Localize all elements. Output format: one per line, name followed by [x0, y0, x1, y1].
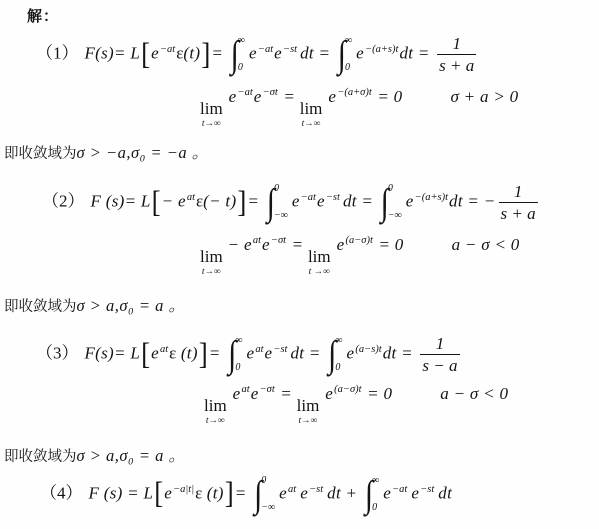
math-ibot: 0: [335, 363, 342, 373]
math-int: ∫: [338, 36, 346, 74]
math-ltop: lim: [200, 248, 223, 265]
math-tok: e: [411, 483, 419, 502]
math-limw: limt→∞: [200, 100, 223, 130]
math-itop: ∞: [372, 476, 379, 486]
math-num: 1: [499, 181, 538, 203]
math-tok: e: [356, 44, 364, 63]
convergence-region-math: σ > a,σ₀ = a 。: [77, 296, 186, 315]
math-tok: =: [304, 344, 325, 363]
math-den: s + a: [437, 55, 476, 76]
math-ltop: lim: [204, 397, 227, 414]
math-sup: −a|t|: [173, 484, 194, 495]
math-up: （3）: [36, 344, 79, 363]
math-itop: 0: [261, 476, 275, 486]
math-tok: e: [279, 483, 287, 502]
convergence-region-label: 即收敛域为: [4, 449, 77, 465]
math-big: [: [141, 40, 150, 67]
math-ltop: lim: [200, 100, 223, 117]
math-tok: e: [151, 344, 159, 363]
math-tok: F (s)= L: [91, 192, 151, 211]
math-tok: e: [328, 87, 336, 106]
math-intw: ∫∞0: [228, 336, 245, 373]
math-tok: F(s)= L: [85, 344, 141, 363]
math-big: [: [154, 480, 163, 507]
math-tok: e: [262, 235, 270, 254]
math-sup: −at: [238, 87, 253, 98]
math-big: ]: [201, 40, 210, 67]
math-tok: (t): [183, 44, 200, 63]
math-limw: limt→∞: [300, 100, 323, 130]
math-itop: 0: [388, 184, 402, 194]
math-tok: e: [337, 235, 345, 254]
math-frac: 1s − a: [420, 333, 459, 377]
math-ibot: 0: [238, 63, 245, 73]
math-ibot: −∞: [388, 211, 402, 221]
math-intw: ∫0−∞: [267, 184, 291, 221]
math-tok: = 0: [363, 384, 393, 403]
math-up: （1）: [36, 44, 79, 63]
math-sup: −(a+s)t: [415, 192, 448, 203]
math-tok: = 0: [373, 87, 403, 106]
math-intw: ∫∞0: [338, 36, 355, 73]
math-sup: (a−σ)t: [345, 235, 372, 246]
math-tok: e: [164, 483, 172, 502]
math-lbot: t →∞: [309, 268, 330, 278]
math-num: 1: [437, 33, 476, 55]
math-tok: (− t): [203, 192, 236, 211]
math-limw: limt→∞: [200, 248, 223, 278]
math-tok: e: [317, 192, 325, 211]
math-ibot: −∞: [261, 503, 275, 513]
math-big: [: [141, 340, 150, 367]
math-den: s + a: [499, 203, 538, 224]
math-int: ∫: [231, 36, 239, 74]
math-tok: dt: [343, 192, 357, 211]
math-limw: limt→∞: [204, 397, 227, 427]
math-tok: =: [314, 44, 335, 63]
math-sup: −st: [283, 44, 297, 55]
math-sup: (a−s)t: [355, 344, 381, 355]
math-tok: dt: [290, 344, 304, 363]
math-sup: (a−σ)t: [334, 384, 361, 395]
math-tok: − e: [228, 235, 252, 254]
math-sup: −σt: [260, 384, 275, 395]
math-int: ∫: [254, 476, 262, 514]
math-tok: e: [233, 384, 241, 403]
math-sup: −at: [258, 44, 273, 55]
math-ilims: 0−∞: [274, 184, 288, 221]
math-tok: e: [151, 44, 159, 63]
math-frac: 1s + a: [499, 181, 538, 225]
math-sup: at: [242, 384, 250, 395]
convergence-region-math: σ > a,σ₀ = a 。: [77, 446, 186, 465]
math-ilims: ∞0: [372, 476, 379, 513]
math-big: ]: [237, 188, 246, 215]
math-tok: − e: [162, 192, 186, 211]
equation-3-main: （3）F(s)= L[eatε (t)]= ∫∞0eate−stdt = ∫∞0…: [36, 333, 463, 377]
math-tok: = 0: [374, 235, 404, 254]
math-den: s − a: [420, 355, 459, 376]
math-tok: a − σ < 0: [452, 235, 520, 254]
math-sup: at: [288, 484, 296, 495]
math-tok: (t): [176, 344, 198, 363]
equation-1-limit: limt→∞e−ate−σt = limt→∞e−(a+σ)t = 0σ + a…: [200, 88, 518, 130]
convergence-region-label: 即收敛域为: [4, 299, 77, 315]
convergence-region-math: σ > −a,σ₀ = −a 。: [77, 143, 209, 162]
math-big: ]: [199, 340, 208, 367]
math-limw: limt→∞: [297, 397, 320, 427]
solution-label: 解：: [27, 5, 59, 26]
math-frac: 1s + a: [437, 33, 476, 77]
math-int: ∫: [381, 184, 389, 222]
math-tok: dt: [327, 483, 341, 502]
math-tok: =: [235, 483, 251, 502]
math-sup: −at: [160, 44, 175, 55]
math-intw: ∫∞0: [328, 336, 345, 373]
math-ibot: −∞: [274, 211, 288, 221]
convergence-region-2: 即收敛域为σ > a,σ₀ = a 。: [4, 292, 186, 316]
convergence-region-label: 即收敛域为: [4, 146, 77, 162]
math-up: （2）: [42, 192, 85, 211]
math-itop: ∞: [345, 36, 352, 46]
math-sup: at: [187, 192, 195, 203]
math-ltop: lim: [297, 397, 320, 414]
math-tok: e: [265, 344, 273, 363]
math-tok: =: [287, 235, 308, 254]
math-tok: =: [413, 44, 434, 63]
math-big: ]: [225, 480, 234, 507]
math-tok: e: [254, 87, 262, 106]
math-intw: ∫0−∞: [381, 184, 405, 221]
math-sup: −σt: [263, 87, 278, 98]
math-tok: =: [397, 344, 418, 363]
math-tok: dt: [300, 44, 314, 63]
math-intw: ∫∞0: [365, 476, 382, 513]
math-tok: e: [347, 344, 355, 363]
math-lbot: t→∞: [202, 120, 221, 130]
convergence-region-1: 即收敛域为σ > −a,σ₀ = −a 。: [4, 139, 209, 163]
math-tok: =: [276, 384, 297, 403]
math-sup: −st: [420, 484, 434, 495]
math-tok: e: [406, 192, 414, 211]
math-up: （4）: [40, 483, 83, 502]
convergence-region-3: 即收敛域为σ > a,σ₀ = a 。: [4, 442, 186, 466]
math-sup: at: [253, 235, 261, 246]
math-ibot: 0: [345, 63, 352, 73]
math-tok: e: [249, 44, 257, 63]
math-ibot: 0: [235, 363, 242, 373]
math-ilims: ∞0: [345, 36, 352, 73]
math-tok: e: [246, 344, 254, 363]
math-intw: ∫∞0: [231, 36, 248, 73]
math-ilims: ∞0: [235, 336, 242, 373]
math-ltop: lim: [300, 100, 323, 117]
math-num: 1: [420, 333, 459, 355]
math-itop: ∞: [238, 36, 245, 46]
math-lbot: t→∞: [299, 417, 318, 427]
math-int: ∫: [228, 336, 236, 374]
math-tok: =: [209, 344, 225, 363]
math-tok: =: [247, 192, 263, 211]
math-tok: dt: [438, 483, 452, 502]
math-tok: = −: [463, 192, 496, 211]
math-int: ∫: [328, 336, 336, 374]
math-itop: 0: [274, 184, 288, 194]
equation-2-limit: limt→∞− eate−σt = limt →∞e(a−σ)t = 0a − …: [200, 236, 520, 278]
math-sup: −(a+s)t: [365, 44, 398, 55]
math-tok: σ + a > 0: [450, 87, 518, 106]
math-int: ∫: [365, 476, 373, 514]
equation-2-main: （2）F (s)= L[− eatε(− t)]= ∫0−∞e−ate−stdt…: [42, 181, 541, 225]
math-lbot: t→∞: [206, 417, 225, 427]
math-big: [: [152, 188, 161, 215]
math-sup: −st: [273, 344, 287, 355]
math-sup: −st: [326, 192, 340, 203]
math-tok: dt: [399, 44, 413, 63]
math-tok: a − σ < 0: [440, 384, 508, 403]
math-itop: ∞: [335, 336, 342, 346]
math-tok: e: [300, 483, 308, 502]
math-sup: −at: [392, 484, 407, 495]
math-tok: =: [357, 192, 378, 211]
solution-document: 解： （1）F(s)= L[e−atε(t)]= ∫∞0e−ate−stdt =…: [0, 0, 599, 529]
math-lbot: t→∞: [202, 268, 221, 278]
math-ltop: lim: [308, 248, 331, 265]
math-tok: e: [251, 384, 259, 403]
math-lbot: t→∞: [302, 120, 321, 130]
math-tok: dt: [383, 344, 397, 363]
math-tok: e: [229, 87, 237, 106]
math-tok: +: [341, 483, 362, 502]
math-ilims: ∞0: [335, 336, 342, 373]
math-tok: =: [279, 87, 300, 106]
math-tok: e: [325, 384, 333, 403]
math-ilims: ∞0: [238, 36, 245, 73]
math-tok: (t): [202, 483, 224, 502]
equation-1-main: （1）F(s)= L[e−atε(t)]= ∫∞0e−ate−stdt = ∫∞…: [36, 33, 479, 77]
math-sup: at: [255, 344, 263, 355]
math-sup: at: [160, 344, 168, 355]
math-tok: F(s)= L: [85, 44, 141, 63]
math-tok: =: [211, 44, 227, 63]
equation-4-main: （4）F (s) = L[e−a|t|ε (t)]= ∫0−∞eate−stdt…: [40, 476, 452, 513]
equation-3-limit: limt→∞eate−σt = limt→∞e(a−σ)t = 0a − σ <…: [204, 385, 508, 427]
math-sup: −σt: [271, 235, 286, 246]
math-tok: e: [292, 192, 300, 211]
math-intw: ∫0−∞: [254, 476, 278, 513]
math-tok: e: [383, 483, 391, 502]
math-ilims: 0−∞: [388, 184, 402, 221]
math-sup: −at: [301, 192, 316, 203]
math-tok: dt: [449, 192, 463, 211]
math-ilims: 0−∞: [261, 476, 275, 513]
math-itop: ∞: [235, 336, 242, 346]
math-sup: −(a+σ)t: [337, 87, 372, 98]
math-ibot: 0: [372, 503, 379, 513]
math-sup: −st: [309, 484, 323, 495]
math-int: ∫: [267, 184, 275, 222]
math-tok: e: [274, 44, 282, 63]
math-limw: limt →∞: [308, 248, 331, 278]
math-tok: F (s) = L: [89, 483, 154, 502]
